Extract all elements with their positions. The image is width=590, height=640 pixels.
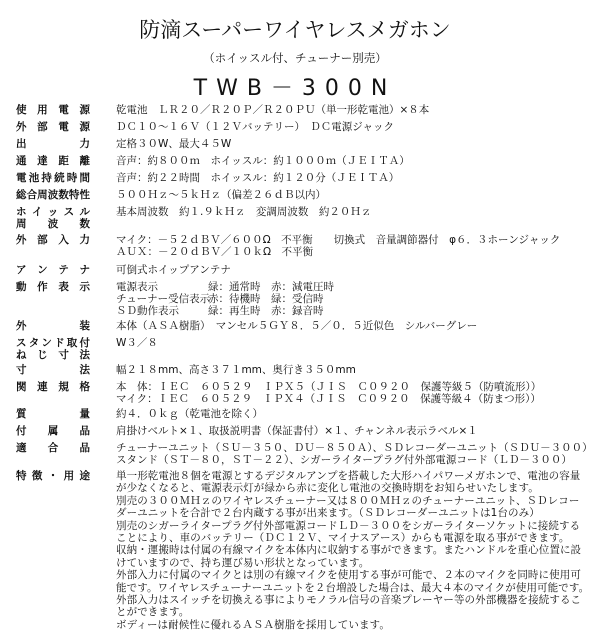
model-number: TWB－300N xyxy=(0,71,590,102)
spec-value: 音声：約２２時間 ホイッスル：約１２０分（ＪＥＩＴＡ） xyxy=(116,172,578,184)
page-title: 防滴スーパーワイヤレスメガホン xyxy=(0,14,590,44)
spec-label: 付属品 xyxy=(16,425,90,437)
spec-value: 音声：約８００ｍ ホイッスル：約１０００ｍ（ＪＥＩＴＡ） xyxy=(116,155,578,167)
spec-value: ５００Ｈｚ～５ｋＨｚ（偏差２６ｄＢ以内） xyxy=(116,189,578,201)
spec-value: 約４．０ｋｇ（乾電池を除く） xyxy=(116,408,578,420)
spec-label: ホイッスル周波数 xyxy=(16,206,90,230)
spec-value: 肩掛けベルト×１、取扱説明書（保証書付）×１、チャンネル表示ラベル×１ xyxy=(116,425,578,437)
page-subtitle: （ホイッスル付、チューナー別売） xyxy=(0,50,590,66)
spec-label: 特徴・用途 xyxy=(16,470,90,482)
spec-label: 電池持続時間 xyxy=(16,172,90,184)
spec-label: アンテナ xyxy=(16,264,90,276)
spec-value: 可倒式ホイップアンテナ xyxy=(116,264,578,276)
spec-value: 単一形乾電池８個を電源とするデジタルアンプを搭載した大形ハイパワーメガホンで、電… xyxy=(116,470,578,631)
indicator-line: ＳＤ動作表示緑：再生時 赤：録音時 xyxy=(116,305,578,317)
spec-label: 適合品 xyxy=(16,442,90,454)
spec-label: 使用電源 xyxy=(16,104,90,116)
spec-value: W３／８ xyxy=(116,337,578,349)
spec-value: チューナーユニット（ＳＵ－３５０、ＤＵ－８５０Ａ）、ＳＤレコーダーユニット（ＳＤ… xyxy=(116,442,578,466)
spec-label: 通達距離 xyxy=(16,155,90,167)
spec-label: 出力 xyxy=(16,138,90,150)
spec-label: 寸法 xyxy=(16,364,90,376)
indicator-line: 電源表示緑：通常時 赤：減電圧時 xyxy=(116,281,578,293)
spec-value: 幅２１８mm、高さ３７１mm、奥行き３５０mm xyxy=(116,364,578,376)
spec-value: 電源表示緑：通常時 赤：減電圧時チューナー受信表示赤：待機時 緑：受信時ＳＤ動作… xyxy=(116,281,578,317)
spec-value: マイク：－５２ｄＢＶ／６００Ω 不平衡 切換式 音量調節器付 φ６．３ホーンジャ… xyxy=(116,234,578,258)
spec-label: 質量 xyxy=(16,408,90,420)
spec-value: 乾電池 ＬＲ２０／Ｒ２０Ｐ／Ｒ２０ＰＵ（単一形乾電池）×８本 xyxy=(116,104,578,116)
spec-value: ＤＣ１０～１６Ｖ（１２Ｖバッテリー） ＤＣ電源ジャック xyxy=(116,121,578,133)
spec-label: 外部入力 xyxy=(16,234,90,246)
spec-label: 外装 xyxy=(16,320,90,332)
spec-label: スタンド取付ねじ寸法 xyxy=(16,337,90,361)
spec-value: 定格３０W、最大４５W xyxy=(116,138,578,150)
spec-value: 基本周波数 約１.９ｋＨｚ 変調周波数 約２０Ｈｚ xyxy=(116,206,578,218)
spec-label: 動作表示 xyxy=(16,281,90,293)
indicator-line: チューナー受信表示赤：待機時 緑：受信時 xyxy=(116,293,578,305)
spec-value: 本体（ＡＳＡ樹脂） マンセル５ＧＹ８．５／０．５近似色 シルバーグレー xyxy=(116,320,578,332)
spec-label: 関連規格 xyxy=(16,381,90,393)
spec-label: 外部電源 xyxy=(16,121,90,133)
spec-value: 本 体：ＩＥＣ ６０５２９ ＩＰＸ５（ＪＩＳ Ｃ０９２０ 保護等級５（防噴流形）… xyxy=(116,381,578,405)
spec-label: 総合周波数特性 xyxy=(16,189,90,201)
